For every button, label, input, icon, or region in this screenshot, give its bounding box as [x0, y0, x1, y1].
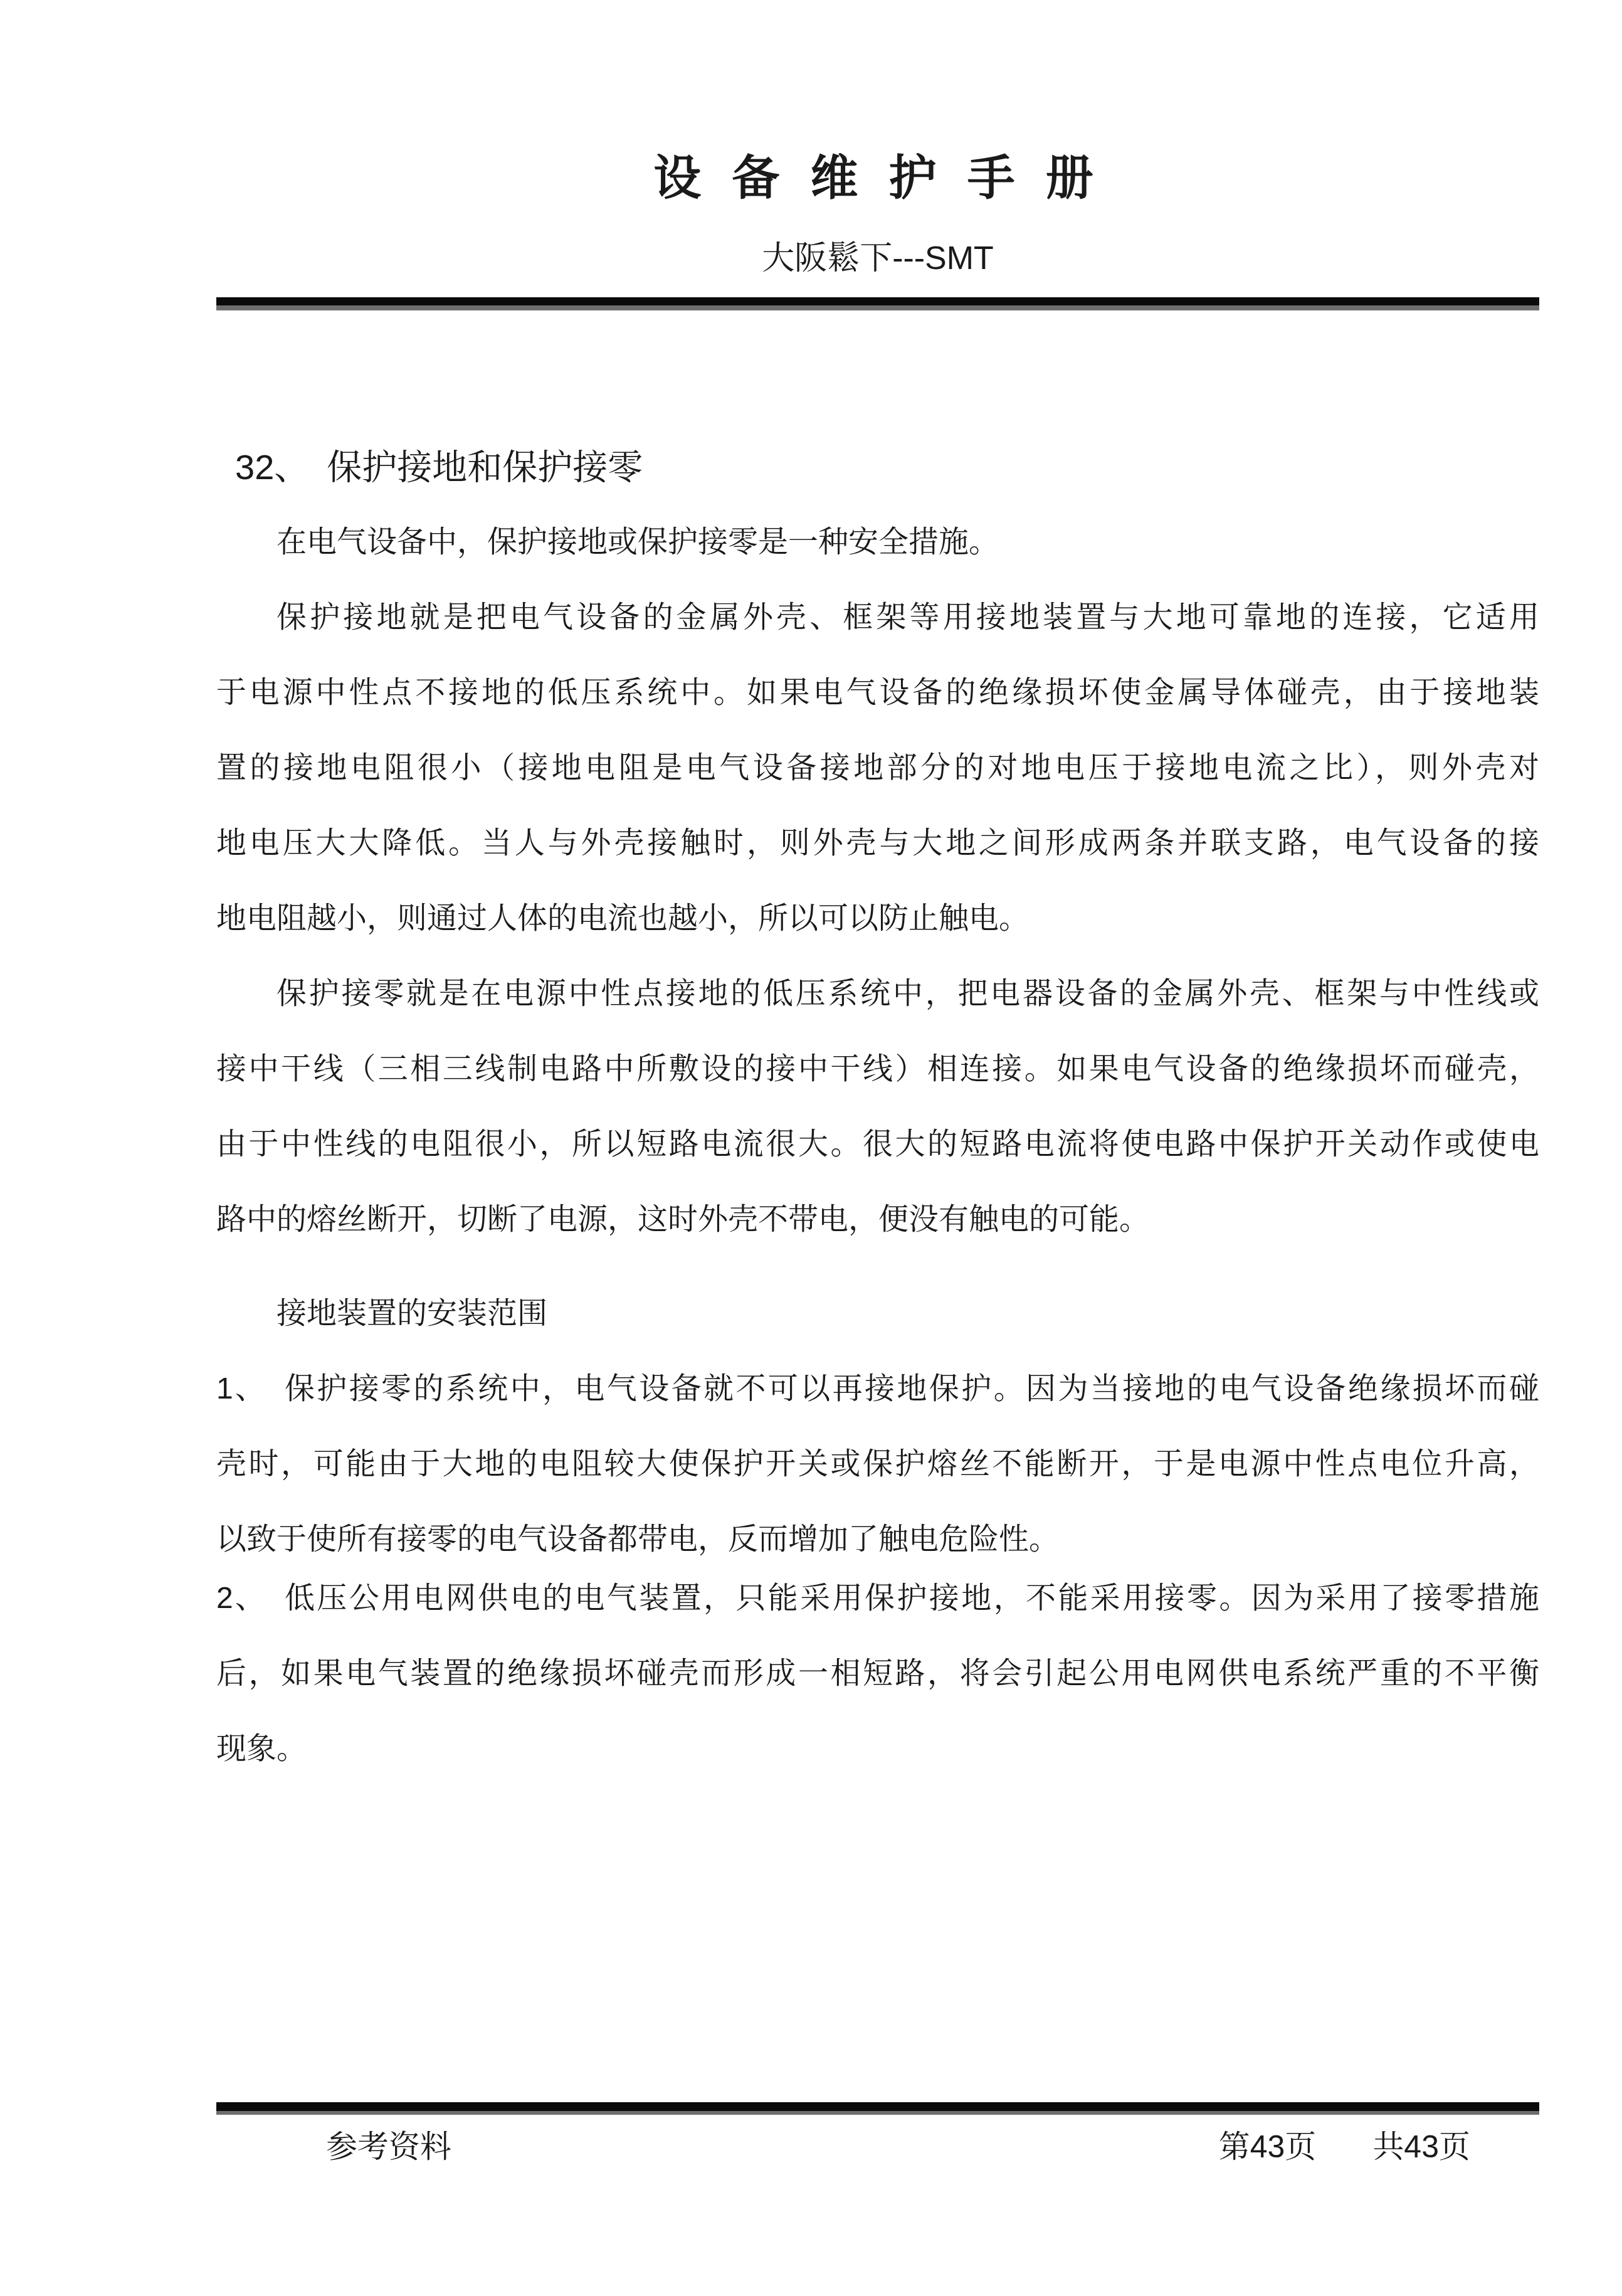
paragraph-line: 接中干线（三相三线制电路中所敷设的接中干线）相连接。如果电气设备的绝缘损坏而碰壳… — [216, 1032, 1539, 1107]
footer-source-label: 参考资料 — [216, 2125, 451, 2169]
page-content: 设 备 维 护 手 册 大阪鬆下---SMT 32、 保护接地和保护接零 在电气… — [216, 0, 1539, 1787]
paragraph-line: 地电阻越小，则通过人体的电流也越小，所以可以防止触电。 — [216, 881, 1539, 956]
paragraph-line: 地电压大大降低。当人与外壳接触时，则外壳与大地之间形成两条并联支路，电气设备的接 — [216, 806, 1539, 881]
page-title: 设 备 维 护 手 册 — [216, 151, 1539, 207]
section-heading: 32、 保护接地和保护接零 — [216, 430, 1539, 505]
paragraph-line: 现象。 — [216, 1711, 1539, 1787]
document-page: 设 备 维 护 手 册 大阪鬆下---SMT 32、 保护接地和保护接零 在电气… — [0, 0, 1622, 2296]
paragraph-line: 后，如果电气装置的绝缘损坏碰壳而形成一相短路，将会引起公用电网供电系统严重的不平… — [216, 1636, 1539, 1711]
footer-divider-thin-line — [216, 2111, 1539, 2115]
paragraph-line: 由于中性线的电阻很小，所以短路电流很大。很大的短路电流将使电路中保护开关动作或使… — [216, 1107, 1539, 1182]
header-divider-thin-line — [216, 305, 1539, 310]
footer-page-total: 共43页 — [1372, 2125, 1470, 2169]
footer-divider — [216, 2102, 1539, 2115]
paragraph-line: 壳时，可能由于大地的电阻较大使保护开关或保护熔丝不能断开，于是电源中性点电位升高… — [216, 1427, 1539, 1502]
paragraph-line: 于电源中性点不接地的低压系统中。如果电气设备的绝缘损坏使金属导体碰壳，由于接地装 — [216, 655, 1539, 731]
page-footer: 参考资料 第43页 共43页 — [216, 2125, 1539, 2169]
paragraph-line: 保护接零就是在电源中性点接地的低压系统中，把电器设备的金属外壳、框架与中性线或 — [216, 956, 1539, 1032]
header-divider-thick-line — [216, 297, 1539, 305]
footer-divider-thick-line — [216, 2102, 1539, 2111]
paragraph-line: 接地装置的安装范围 — [216, 1276, 1539, 1352]
paragraph-line: 在电气设备中，保护接地或保护接零是一种安全措施。 — [216, 505, 1539, 580]
header-divider — [216, 297, 1539, 310]
footer-page-number: 第43页 — [1219, 2125, 1317, 2169]
body-lines: 在电气设备中，保护接地或保护接零是一种安全措施。保护接地就是把电气设备的金属外壳… — [216, 505, 1539, 1787]
paragraph-line: 路中的熔丝断开，切断了电源，这时外壳不带电，便没有触电的可能。 — [216, 1182, 1539, 1257]
page-subtitle: 大阪鬆下---SMT — [216, 240, 1539, 277]
footer-page-info: 第43页 共43页 — [1219, 2125, 1539, 2169]
paragraph-line: 2、 低压公用电网供电的电气装置，只能采用保护接地，不能采用接零。因为采用了接零… — [216, 1561, 1539, 1636]
paragraph-line: 置的接地电阻很小（接地电阻是电气设备接地部分的对地电压于接地电流之比），则外壳对 — [216, 731, 1539, 806]
paragraph-line: 保护接地就是把电气设备的金属外壳、框架等用接地装置与大地可靠地的连接，它适用 — [216, 580, 1539, 655]
paragraph-line: 1、 保护接零的系统中，电气设备就不可以再接地保护。因为当接地的电气设备绝缘损坏… — [216, 1352, 1539, 1427]
